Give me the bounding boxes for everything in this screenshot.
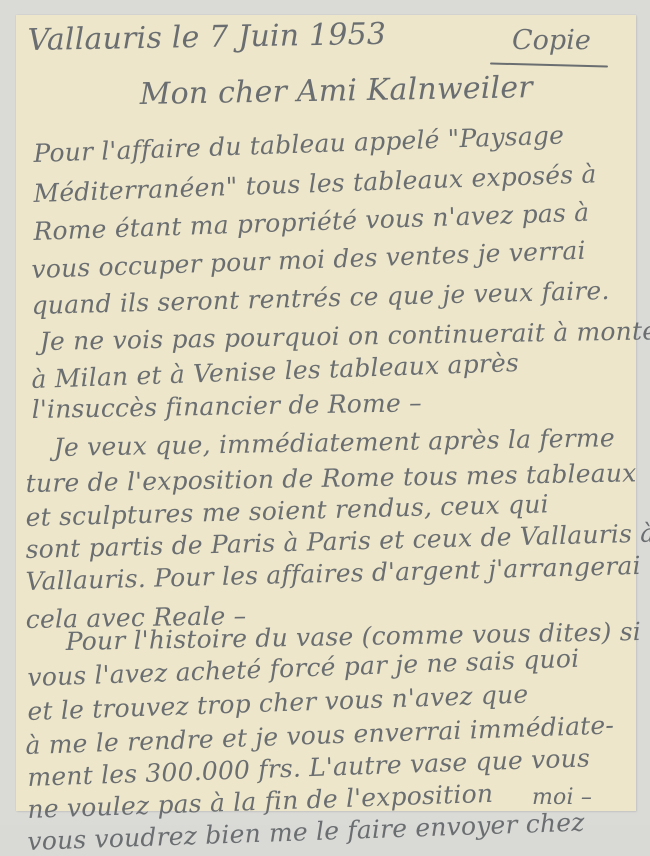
body-line-9: Je veux que, immédiatement après la ferm… [53,423,615,462]
body-line-8: l'insuccès financier de Rome – [31,388,422,424]
letter-page: Vallauris le 7 Juin 1953 Copie Mon cher … [16,15,636,811]
place-date: Vallauris le 7 Juin 1953 [27,17,386,58]
copy-mark-underline [490,62,608,67]
body-line-7: à Milan et à Venise les tableaux après [31,348,519,394]
body-line-6: Je ne vois pas pourquoi on continuerait … [39,316,650,356]
signoff: moi – [532,785,592,810]
salutation: Mon cher Ami Kalnweiler [139,70,533,112]
copy-mark: Copie [512,25,591,56]
body-line-1: Pour l'affaire du tableau appelé "Paysag… [33,120,565,168]
body-line-5: quand ils seront rentrés ce que je veux … [31,276,610,320]
